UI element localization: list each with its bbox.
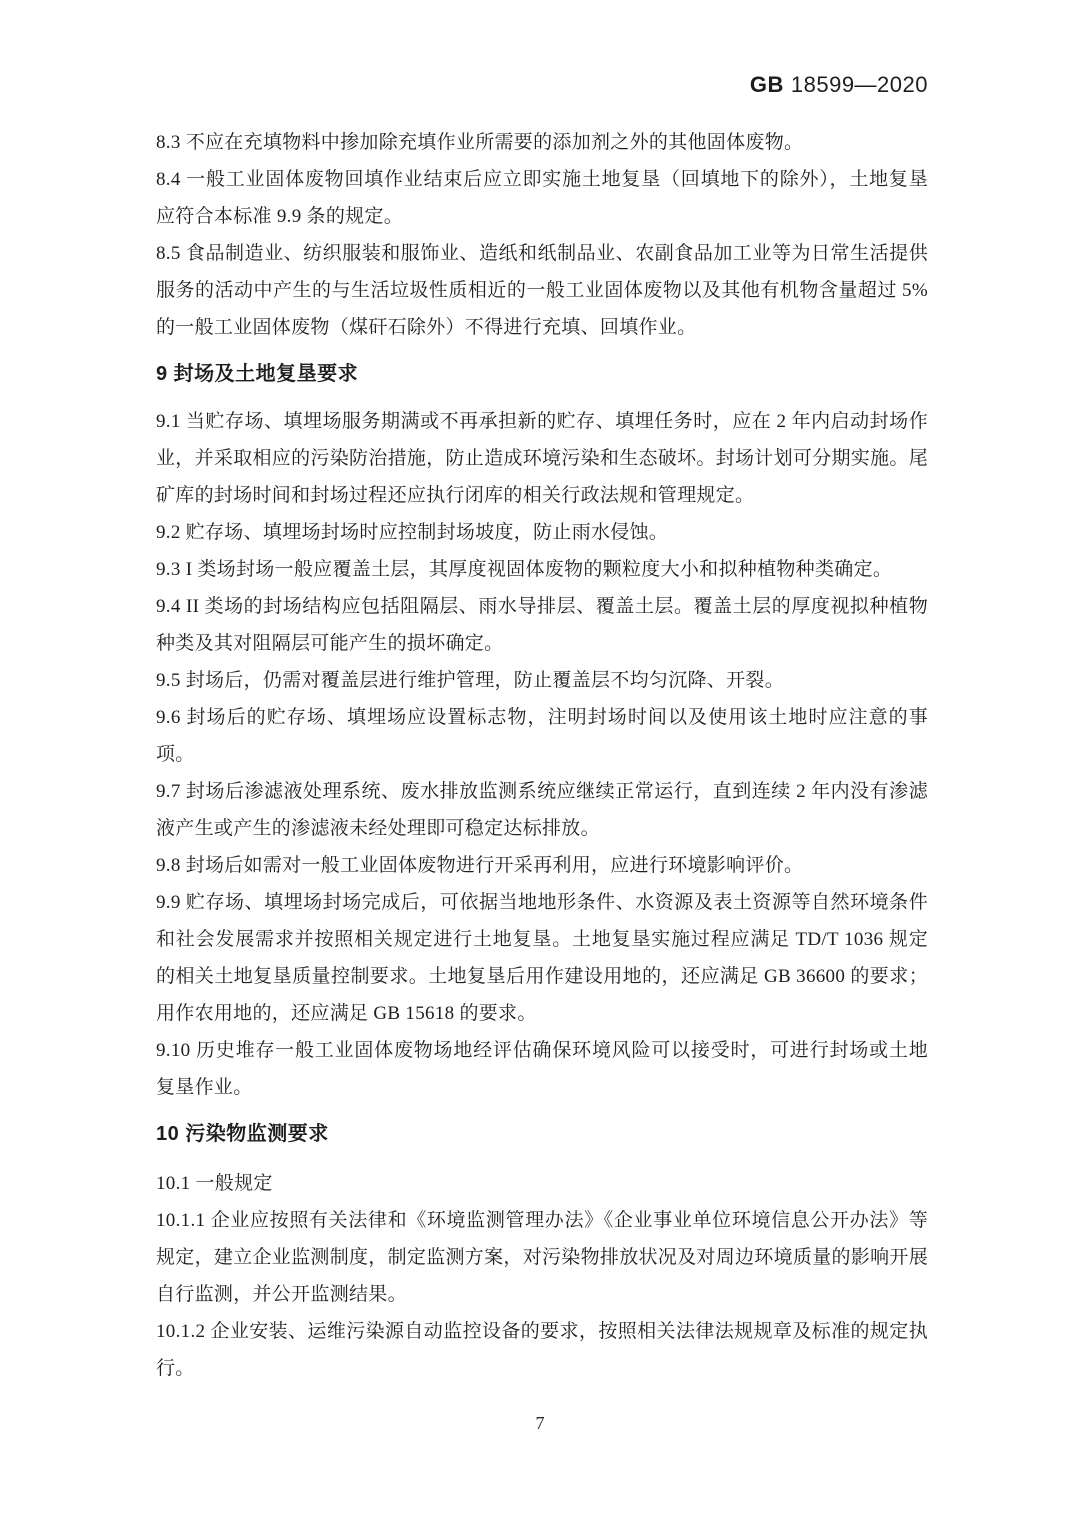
clause-paragraph: 9.4 II 类场的封场结构应包括阻隔层、雨水导排层、覆盖土层。覆盖土层的厚度视… — [156, 588, 928, 662]
document-body: 8.3 不应在充填物料中掺加除充填作业所需要的添加剂之外的其他固体废物。8.4 … — [156, 124, 928, 1387]
clause-paragraph: 9.9 贮存场、填埋场封场完成后，可依据当地地形条件、水资源及表土资源等自然环境… — [156, 884, 928, 1032]
clause-paragraph: 9.7 封场后渗滤液处理系统、废水排放监测系统应继续正常运行，直到连续 2 年内… — [156, 773, 928, 847]
clause-paragraph: 10.1.1 企业应按照有关法律和《环境监测管理办法》《企业事业单位环境信息公开… — [156, 1202, 928, 1313]
clause-paragraph: 10.1.2 企业安装、运维污染源自动监控设备的要求，按照相关法律法规规章及标准… — [156, 1313, 928, 1387]
clause-paragraph: 8.5 食品制造业、纺织服装和服饰业、造纸和纸制品业、农副食品加工业等为日常生活… — [156, 235, 928, 346]
clause-paragraph: 9.10 历史堆存一般工业固体废物场地经评估确保环境风险可以接受时，可进行封场或… — [156, 1032, 928, 1106]
clause-paragraph: 8.4 一般工业固体废物回填作业结束后应立即实施土地复垦（回填地下的除外），土地… — [156, 161, 928, 235]
clause-paragraph: 9.8 封场后如需对一般工业固体废物进行开采再利用，应进行环境影响评价。 — [156, 847, 928, 884]
clause-paragraph: 9.6 封场后的贮存场、填埋场应设置标志物，注明封场时间以及使用该土地时应注意的… — [156, 699, 928, 773]
clause-paragraph: 9.5 封场后，仍需对覆盖层进行维护管理，防止覆盖层不均匀沉降、开裂。 — [156, 662, 928, 699]
clause-paragraph: 9.1 当贮存场、填埋场服务期满或不再承担新的贮存、填埋任务时，应在 2 年内启… — [156, 403, 928, 514]
standard-code-label: GB — [750, 72, 784, 97]
standard-code-number: 18599—2020 — [791, 72, 928, 97]
clause-paragraph: 8.3 不应在充填物料中掺加除充填作业所需要的添加剂之外的其他固体废物。 — [156, 124, 928, 161]
document-page: GB18599—2020 8.3 不应在充填物料中掺加除充填作业所需要的添加剂之… — [156, 0, 928, 1387]
clause-paragraph: 9.2 贮存场、填埋场封场时应控制封场坡度，防止雨水侵蚀。 — [156, 514, 928, 551]
section-heading: 10 污染物监测要求 — [156, 1116, 928, 1153]
document-header: GB18599—2020 — [156, 72, 928, 98]
page-number: 7 — [0, 1412, 1080, 1434]
clause-subheading: 10.1 一般规定 — [156, 1165, 928, 1202]
clause-paragraph: 9.3 I 类场封场一般应覆盖土层，其厚度视固体废物的颗粒度大小和拟种植物种类确… — [156, 551, 928, 588]
section-heading: 9 封场及土地复垦要求 — [156, 356, 928, 393]
